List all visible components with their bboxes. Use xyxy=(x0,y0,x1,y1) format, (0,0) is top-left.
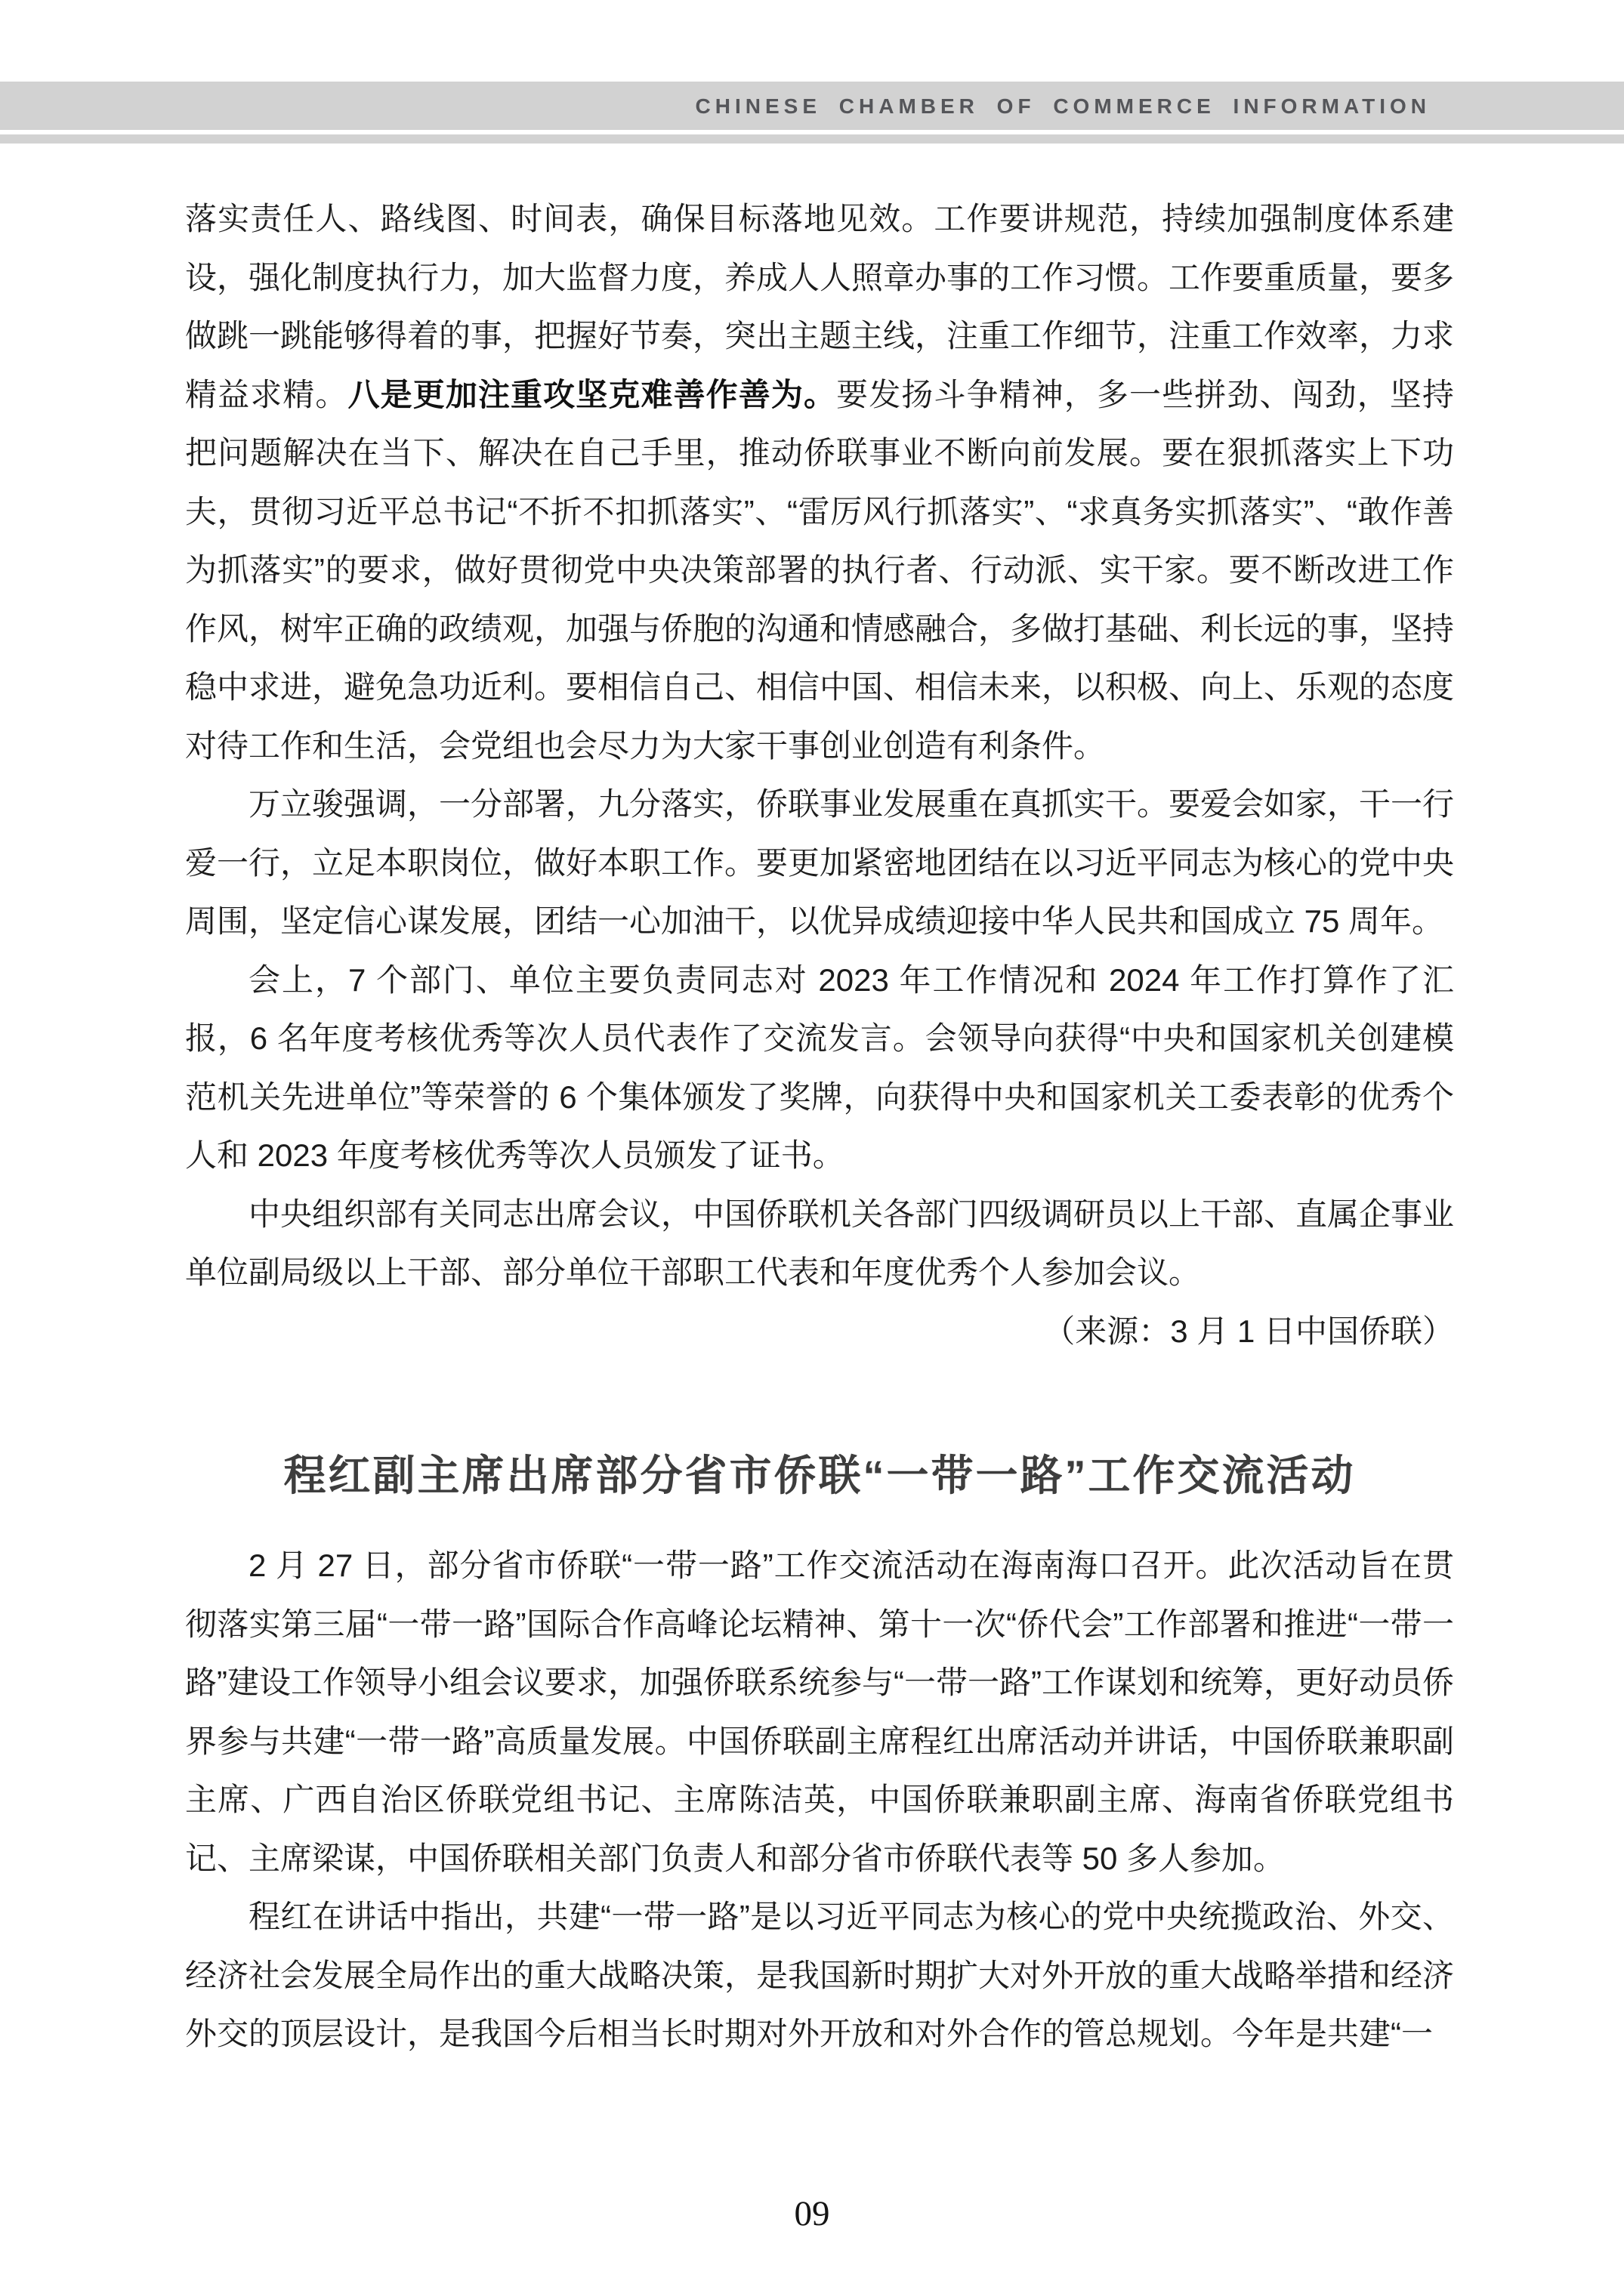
article1-paragraph-1: 落实责任人、路线图、时间表，确保目标落地见效。工作要讲规范，持续加强制度体系建设… xyxy=(185,190,1454,775)
article2-paragraph-2: 程红在讲话中指出，共建“一带一路”是以习近平同志为核心的党中央统揽政治、外交、经… xyxy=(185,1887,1454,2063)
source-attribution: （来源：3 月 1 日中国侨联） xyxy=(185,1302,1454,1361)
article1-paragraph-4: 中央组织部有关同志出席会议，中国侨联机关各部门四级调研员以上干部、直属企事业单位… xyxy=(185,1185,1454,1302)
header-rule xyxy=(0,134,1624,144)
article1-paragraph-3: 会上，7 个部门、单位主要负责同志对 2023 年工作情况和 2024 年工作打… xyxy=(185,951,1454,1185)
paragraph-bold-emphasis: 八是更加注重攻坚克难善作善为。 xyxy=(348,377,837,412)
paragraph-text: 要发扬斗争精神，多一些拼劲、闯劲，坚持把问题解决在当下、解决在自己手里，推动侨联… xyxy=(185,377,1454,764)
header-banner: CHINESE CHAMBER OF COMMERCE INFORMATION xyxy=(0,82,1624,130)
article1-paragraph-2: 万立骏强调，一分部署，九分落实，侨联事业发展重在真抓实干。要爱会如家，干一行爱一… xyxy=(185,775,1454,951)
banner-title: CHINESE CHAMBER OF COMMERCE INFORMATION xyxy=(0,82,1624,130)
article2-paragraph-1: 2 月 27 日，部分省市侨联“一带一路”工作交流活动在海南海口召开。此次活动旨… xyxy=(185,1536,1454,1887)
page-content: 落实责任人、路线图、时间表，确保目标落地见效。工作要讲规范，持续加强制度体系建设… xyxy=(185,190,1454,2063)
article2-title: 程红副主席出席部分省市侨联“一带一路”工作交流活动 xyxy=(185,1446,1454,1506)
page-number: 09 xyxy=(0,2195,1624,2233)
document-page: CHINESE CHAMBER OF COMMERCE INFORMATION … xyxy=(0,0,1624,2293)
